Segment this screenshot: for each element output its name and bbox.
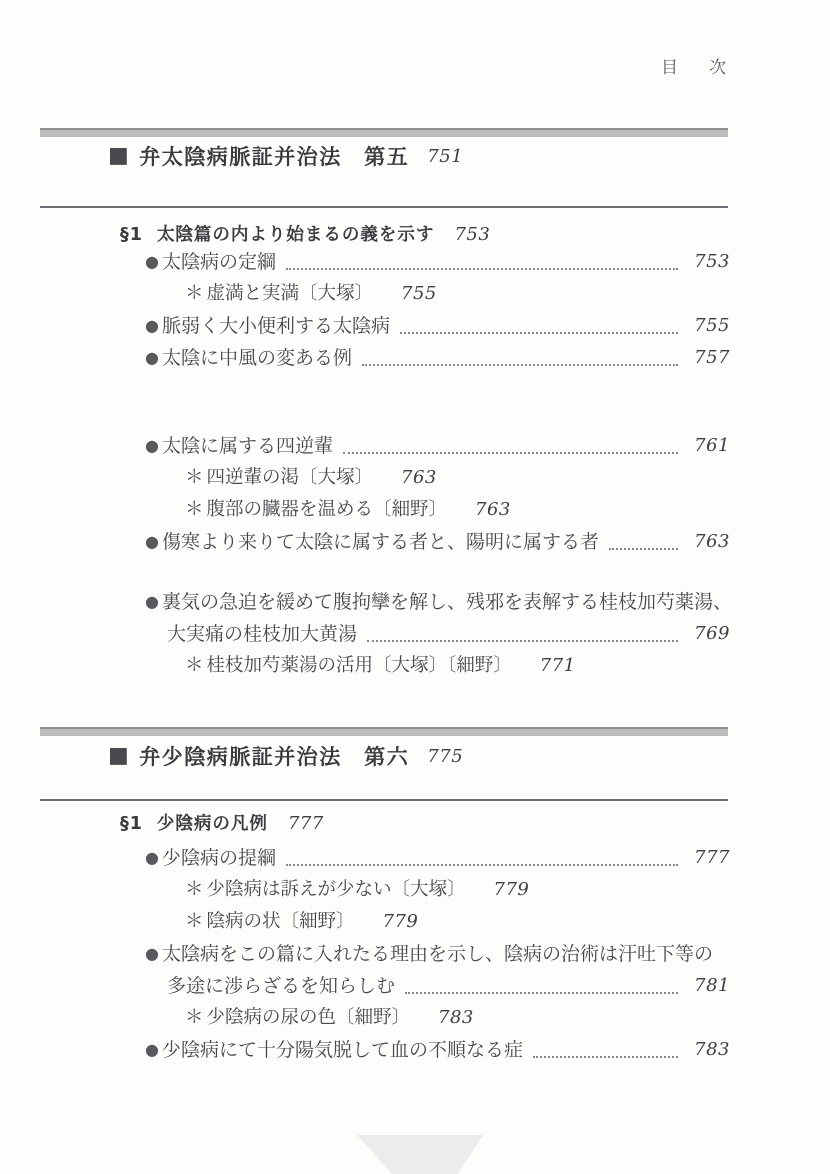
subsection-label: §1 <box>120 814 143 834</box>
entry-page-number: 757 <box>686 342 730 374</box>
toc-entry: ● 太陰に属する四逆輩 761 <box>40 430 730 462</box>
section-title: 弁少陰病脈証并治法 第六 <box>139 741 409 771</box>
toc-entry-list: ● 少陰病の提綱 777 ＊ 少陰病は訴えが少ない〔大塚〕 779 ＊ 陰病の状… <box>40 842 730 1066</box>
toc-page: 目 次 ■ 弁太陰病脈証并治法 第五 751 §1 太陰篇の内より始まるの義を示… <box>0 0 830 1174</box>
dot-leader <box>400 332 678 334</box>
toc-entry: ● 傷寒より来りて太陰に属する者と、陽明に属する者 763 <box>40 526 730 558</box>
entry-text: 傷寒より来りて太陰に属する者と、陽明に属する者 <box>162 526 599 558</box>
page-title: 目 次 <box>661 53 733 78</box>
entry-page-number: 783 <box>686 1034 730 1066</box>
toc-entry: ● 太陰病の定綱 753 <box>40 246 730 278</box>
dot-leader <box>286 268 678 270</box>
entry-text: 少陰病の提綱 <box>162 842 276 874</box>
asterisk-icon: ＊ <box>185 650 204 682</box>
entry-page-number: 753 <box>686 246 730 278</box>
bullet-icon: ● <box>145 586 159 618</box>
section-page-number: 751 <box>427 146 463 167</box>
asterisk-icon: ＊ <box>185 874 204 906</box>
entry-page-number: 763 <box>686 526 730 558</box>
entry-page-number: 769 <box>686 618 730 650</box>
section-rule <box>40 799 728 801</box>
dot-leader <box>367 640 678 642</box>
asterisk-icon: ＊ <box>185 906 204 938</box>
entry-text: 太陰に中風の変ある例 <box>162 342 352 374</box>
section-header: ■ 弁太陰病脈証并治法 第五 751 <box>108 141 463 171</box>
toc-entry: ● 少陰病にて十分陽気脱して血の不順なる症 783 <box>40 1034 730 1066</box>
entry-page-number: 777 <box>686 842 730 874</box>
section-divider-bar <box>40 128 728 137</box>
subsection-page-number: 753 <box>454 224 490 245</box>
entry-text: 脈弱く大小便利する太陰病 <box>162 310 390 342</box>
entry-text: 太陰病をこの篇に入れたる理由を示し、陰病の治術は汗吐下等の <box>162 938 713 970</box>
toc-entry-continuation: 多途に渉らざるを知らしむ 781 <box>40 970 730 1002</box>
note-text: 少陰病は訴えが少ない〔大塚〕 <box>207 874 466 906</box>
entry-page-number: 755 <box>686 310 730 342</box>
toc-note: ＊ 虚満と実満〔大塚〕 755 <box>40 278 730 310</box>
dot-leader <box>343 452 678 454</box>
note-text: 腹部の臓器を温める〔細野〕 <box>207 494 448 526</box>
bullet-icon: ● <box>145 310 159 342</box>
subsection-page-number: 777 <box>288 813 324 834</box>
note-text: 四逆輩の渇〔大塚〕 <box>207 462 374 494</box>
toc-note: ＊ 腹部の臓器を温める〔細野〕 763 <box>40 494 730 526</box>
toc-note: ＊ 陰病の状〔細野〕 779 <box>40 906 730 938</box>
note-page-number: 779 <box>494 874 530 906</box>
entry-page-number: 781 <box>686 970 730 1002</box>
bullet-icon: ● <box>145 246 159 278</box>
section-page-number: 775 <box>427 746 463 767</box>
dot-leader <box>286 864 678 866</box>
subsection-heading: §1 少陰病の凡例 777 <box>120 810 324 835</box>
toc-entry: ● 太陰病をこの篇に入れたる理由を示し、陰病の治術は汗吐下等の <box>40 938 730 970</box>
bullet-icon: ● <box>145 342 159 374</box>
subsection-label: §1 <box>120 225 143 245</box>
note-page-number: 783 <box>438 1002 474 1034</box>
section-title: 弁太陰病脈証并治法 第五 <box>139 141 409 171</box>
scan-artifact-shape <box>357 1135 483 1174</box>
asterisk-icon: ＊ <box>185 494 204 526</box>
toc-entry-list: ● 太陰病の定綱 753 ＊ 虚満と実満〔大塚〕 755 ● 脈弱く大小便利する… <box>40 246 730 682</box>
note-page-number: 755 <box>401 278 437 310</box>
bullet-icon: ● <box>145 430 159 462</box>
subsection-heading: §1 太陰篇の内より始まるの義を示す 753 <box>120 221 490 246</box>
note-page-number: 763 <box>401 462 437 494</box>
toc-entry-continuation: 大実痛の桂枝加大黄湯 769 <box>40 618 730 650</box>
note-page-number: 763 <box>475 494 511 526</box>
asterisk-icon: ＊ <box>185 1002 204 1034</box>
bullet-icon: ● <box>145 938 159 970</box>
entry-text: 裏気の急迫を緩めて腹拘攣を解し、残邪を表解する桂枝加芍薬湯、 <box>162 586 732 618</box>
bullet-icon: ● <box>145 842 159 874</box>
dot-leader <box>362 364 678 366</box>
entry-text: 太陰病の定綱 <box>162 246 276 278</box>
toc-entry: ● 太陰に中風の変ある例 757 <box>40 342 730 374</box>
entry-text: 多途に渉らざるを知らしむ <box>167 970 395 1002</box>
note-page-number: 771 <box>540 650 576 682</box>
toc-note: ＊ 少陰病は訴えが少ない〔大塚〕 779 <box>40 874 730 906</box>
toc-entry: ● 少陰病の提綱 777 <box>40 842 730 874</box>
bullet-icon: ● <box>145 526 159 558</box>
subsection-title: 太陰篇の内より始まるの義を示す <box>157 221 435 246</box>
asterisk-icon: ＊ <box>185 462 204 494</box>
section-marker-icon: ■ <box>108 145 130 167</box>
toc-note: ＊ 四逆輩の渇〔大塚〕 763 <box>40 462 730 494</box>
entry-page-number: 761 <box>686 430 730 462</box>
dot-leader <box>609 548 678 550</box>
subsection-title: 少陰病の凡例 <box>157 810 268 835</box>
entry-text: 太陰に属する四逆輩 <box>162 430 333 462</box>
asterisk-icon: ＊ <box>185 278 204 310</box>
note-text: 桂枝加芍薬湯の活用〔大塚〕〔細野〕 <box>207 650 512 682</box>
section-marker-icon: ■ <box>108 745 130 767</box>
dot-leader <box>405 992 678 994</box>
bullet-icon: ● <box>145 1034 159 1066</box>
toc-note: ＊ 少陰病の尿の色〔細野〕 783 <box>40 1002 730 1034</box>
toc-entry: ● 脈弱く大小便利する太陰病 755 <box>40 310 730 342</box>
entry-text: 大実痛の桂枝加大黄湯 <box>167 618 357 650</box>
entry-text: 少陰病にて十分陽気脱して血の不順なる症 <box>162 1034 523 1066</box>
section-rule <box>40 206 728 208</box>
note-text: 少陰病の尿の色〔細野〕 <box>207 1002 411 1034</box>
section-header: ■ 弁少陰病脈証并治法 第六 775 <box>108 741 463 771</box>
note-page-number: 779 <box>383 906 419 938</box>
note-text: 陰病の状〔細野〕 <box>207 906 355 938</box>
dot-leader <box>533 1056 678 1058</box>
note-text: 虚満と実満〔大塚〕 <box>207 278 374 310</box>
toc-entry: ● 裏気の急迫を緩めて腹拘攣を解し、残邪を表解する桂枝加芍薬湯、 <box>40 586 730 618</box>
toc-note: ＊ 桂枝加芍薬湯の活用〔大塚〕〔細野〕 771 <box>40 650 730 682</box>
section-divider-bar <box>40 727 728 736</box>
